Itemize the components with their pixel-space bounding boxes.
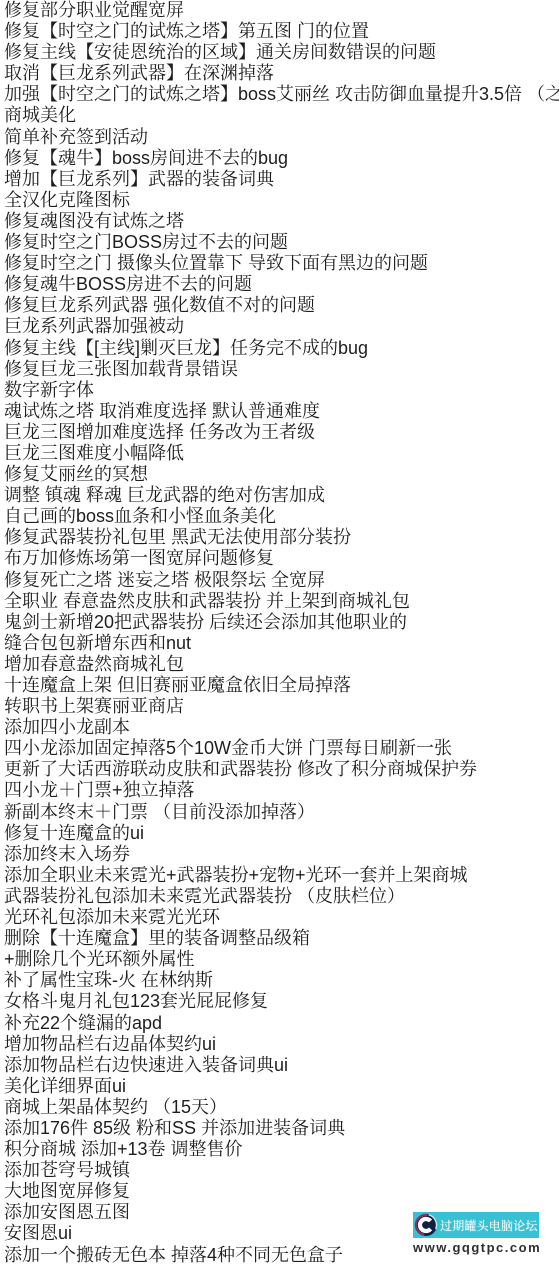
- changelog-line: 调整 镇魂 释魂 巨龙武器的绝对伤害加成: [0, 485, 559, 506]
- changelog-line: 巨龙三图增加难度选择 任务改为王者级: [0, 422, 559, 443]
- changelog-line: 修复时空之门BOSS房过不去的问题: [0, 232, 559, 253]
- changelog-line: 添加四小龙副本: [0, 717, 559, 738]
- changelog-line: 商城美化: [0, 105, 559, 126]
- changelog-line: 修复十连魔盒的ui: [0, 823, 559, 844]
- changelog-line: 武器装扮礼包添加未来霓光武器装扮 （皮肤栏位）: [0, 886, 559, 907]
- changelog-line: 更新了大话西游联动皮肤和武器装扮 修改了积分商城保护券: [0, 759, 559, 780]
- watermark-site-name: 过期罐头电脑论坛: [440, 1217, 538, 1234]
- changelog-line: 自己画的boss血条和小怪血条美化: [0, 506, 559, 527]
- changelog-line: 添加全职业未来霓光+武器装扮+宠物+光环一套并上架商城: [0, 865, 559, 886]
- changelog-line: 修复艾丽丝的冥想: [0, 464, 559, 485]
- changelog-line: 修复【魂牛】boss房间进不去的bug: [0, 148, 559, 169]
- changelog-list: 修复部分职业觉醒宽屏修复【时空之门的试炼之塔】第五图 门的位置修复主线【安徒恩统…: [0, 0, 559, 1266]
- changelog-line: 魂试炼之塔 取消难度选择 默认普通难度: [0, 401, 559, 422]
- changelog-line: 全职业 春意盎然皮肤和武器装扮 并上架到商城礼包: [0, 591, 559, 612]
- changelog-line: 四小龙添加固定掉落5个10W金币大饼 门票每日刷新一张: [0, 738, 559, 759]
- changelog-line: 全汉化克隆图标: [0, 190, 559, 211]
- changelog-line: 修复巨龙三张图加载背景错误: [0, 359, 559, 380]
- changelog-line: 修复主线【安徒恩统治的区域】通关房间数错误的问题: [0, 42, 559, 63]
- changelog-line: 大地图宽屏修复: [0, 1181, 559, 1202]
- changelog-line: 美化详细界面ui: [0, 1076, 559, 1097]
- changelog-line: 取消【巨龙系列武器】在深渊掉落: [0, 63, 559, 84]
- watermark-badge: 过期罐头电脑论坛: [413, 1212, 539, 1238]
- changelog-line: 修复部分职业觉醒宽屏: [0, 0, 559, 21]
- changelog-line: 补充22个缝漏的apd: [0, 1013, 559, 1034]
- changelog-line: 增加物品栏右边晶体契约ui: [0, 1034, 559, 1055]
- changelog-line: 新副本终末＋门票 （目前没添加掉落）: [0, 802, 559, 823]
- changelog-line: 添加物品栏右边快速进入装备词典ui: [0, 1055, 559, 1076]
- changelog-line: 转职书上架赛丽亚商店: [0, 696, 559, 717]
- changelog-line: 增加春意盎然商城礼包: [0, 654, 559, 675]
- changelog-line: 修复时空之门 摄像头位置靠下 导致下面有黑边的问题: [0, 253, 559, 274]
- changelog-line: 添加176件 85级 粉和SS 并添加进装备词典: [0, 1118, 559, 1139]
- changelog-line: 修复死亡之塔 迷妄之塔 极限祭坛 全宽屏: [0, 570, 559, 591]
- watermark: 过期罐头电脑论坛 www.gqgtpc.com: [413, 1212, 539, 1255]
- changelog-line: 修复魂图没有试炼之塔: [0, 211, 559, 232]
- changelog-line: 修复武器装扮礼包里 黑武无法使用部分装扮: [0, 527, 559, 548]
- changelog-line: 数字新字体: [0, 380, 559, 401]
- changelog-line: 添加苍穹号城镇: [0, 1160, 559, 1181]
- changelog-line: +删除几个光环额外属性: [0, 949, 559, 970]
- changelog-line: 四小龙＋门票+独立掉落: [0, 780, 559, 801]
- changelog-line: 巨龙三图难度小幅降低: [0, 443, 559, 464]
- changelog-line: 女格斗鬼月礼包123套光屁屁修复: [0, 991, 559, 1012]
- changelog-line: 十连魔盒上架 但旧赛丽亚魔盒依旧全局掉落: [0, 675, 559, 696]
- changelog-line: 修复主线【[主线]剿灭巨龙】任务完不成的bug: [0, 338, 559, 359]
- changelog-line: 修复【时空之门的试炼之塔】第五图 门的位置: [0, 21, 559, 42]
- changelog-line: 修复巨龙系列武器 强化数值不对的问题: [0, 295, 559, 316]
- changelog-line: 简单补充签到活动: [0, 127, 559, 148]
- changelog-line: 增加【巨龙系列】武器的装备词典: [0, 169, 559, 190]
- changelog-line: 积分商城 添加+13卷 调整售价: [0, 1139, 559, 1160]
- changelog-line: 补了属性宝珠-火 在林纳斯: [0, 970, 559, 991]
- changelog-line: 鬼剑士新增20把武器装扮 后续还会添加其他职业的: [0, 612, 559, 633]
- changelog-line: 删除【十连魔盒】里的装备调整品级箱: [0, 928, 559, 949]
- changelog-line: 巨龙系列武器加强被动: [0, 316, 559, 337]
- changelog-line: 修复魂牛BOSS房进不去的问题: [0, 274, 559, 295]
- changelog-line: 缝合包包新增东西和nut: [0, 633, 559, 654]
- watermark-site-url: www.gqgtpc.com: [413, 1240, 539, 1255]
- changelog-line: 添加终末入场券: [0, 844, 559, 865]
- changelog-line: 光环礼包添加未来霓光光环: [0, 907, 559, 928]
- changelog-line: 商城上架晶体契约 （15天）: [0, 1097, 559, 1118]
- gqgtpc-logo-icon: [414, 1213, 438, 1237]
- changelog-line: 加强【时空之门的试炼之塔】boss艾丽丝 攻击防御血量提升3.5倍 （之前太脆）: [0, 84, 559, 105]
- changelog-line: 布万加修炼场第一图宽屏问题修复: [0, 548, 559, 569]
